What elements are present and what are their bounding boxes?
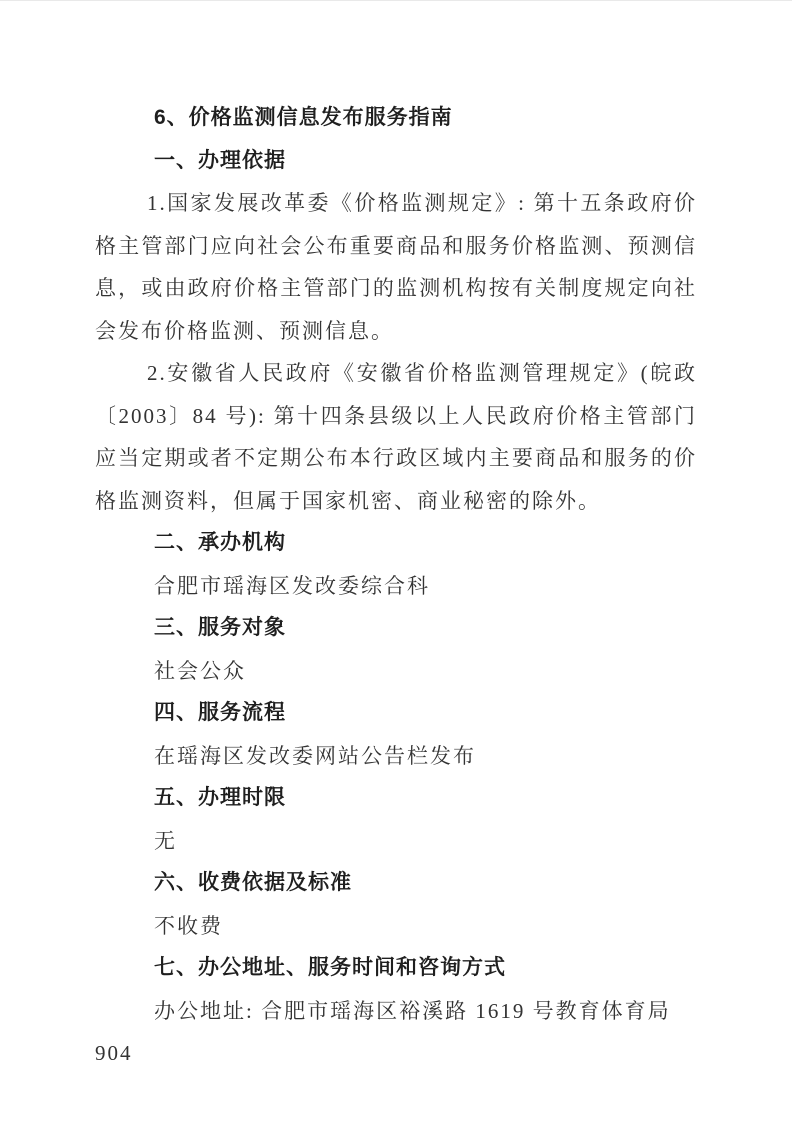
doc-title: 6、价格监测信息发布服务指南 (95, 97, 697, 140)
section-heading-audience: 三、服务对象 (95, 607, 697, 650)
paragraph-basis-1: 1.国家发展改革委《价格监测规定》: 第十五条政府价格主管部门应向社会公布重要商… (95, 182, 697, 352)
paragraph-audience-value: 社会公众 (95, 650, 697, 693)
section-heading-process: 四、服务流程 (95, 692, 697, 735)
document-page: 6、价格监测信息发布服务指南 一、办理依据 1.国家发展改革委《价格监测规定》:… (0, 1, 792, 1122)
section-heading-agency: 二、承办机构 (95, 522, 697, 565)
section-heading-basis: 一、办理依据 (95, 140, 697, 183)
paragraph-process-value: 在瑶海区发改委网站公告栏发布 (95, 735, 697, 778)
document-viewport: { "page": { "background_color": "#ffffff… (0, 0, 792, 1122)
paragraph-contact-address: 办公地址: 合肥市瑶海区裕溪路 1619 号教育体育局 904 (95, 990, 697, 1075)
paragraph-basis-2: 2.安徽省人民政府《安徽省价格监测管理规定》(皖政〔2003〕84 号): 第十… (95, 352, 697, 522)
section-heading-time-limit: 五、办理时限 (95, 777, 697, 820)
section-heading-contact: 七、办公地址、服务时间和咨询方式 (95, 947, 697, 990)
paragraph-fees-value: 不收费 (95, 905, 697, 948)
paragraph-time-limit-value: 无 (95, 820, 697, 863)
paragraph-agency-value: 合肥市瑶海区发改委综合科 (95, 565, 697, 608)
section-heading-fees: 六、收费依据及标准 (95, 862, 697, 905)
